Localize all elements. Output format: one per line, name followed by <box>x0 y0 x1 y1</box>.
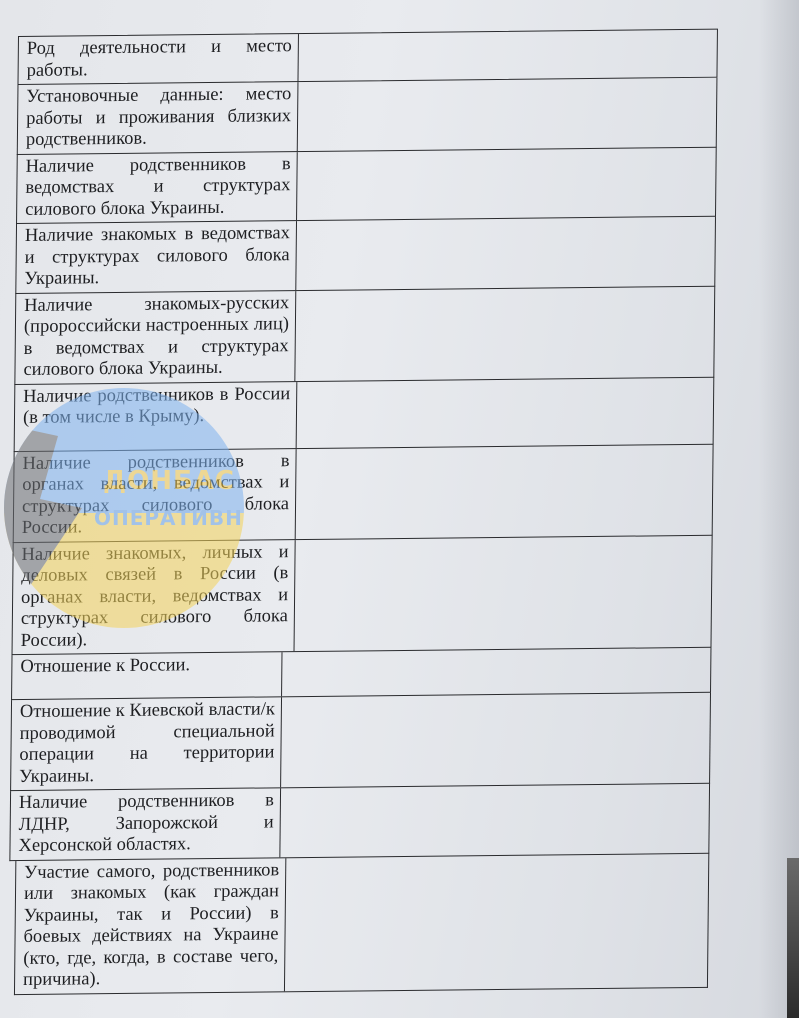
table-row: Наличие родственников в России (в том чи… <box>14 377 715 451</box>
row-label: Наличие родственников в ЛДНР, Запорожско… <box>10 788 281 859</box>
row-value-field[interactable] <box>280 784 709 857</box>
row-value-field[interactable] <box>298 78 717 151</box>
table-row: Отношение к Киевской власти/к проводимой… <box>10 693 711 791</box>
paper-edge <box>787 858 799 1018</box>
table-row: Наличие родственников в ведомствах и стр… <box>16 147 717 224</box>
row-value-field[interactable] <box>296 217 715 290</box>
table-row: Наличие знакомых, личных и деловых связе… <box>12 535 713 655</box>
row-label: Участие самого, родственников или знаком… <box>15 858 286 994</box>
row-value-field[interactable] <box>297 377 714 447</box>
row-value-field[interactable] <box>297 147 716 220</box>
table-row: Наличие знакомых-русских (пророссийски н… <box>14 286 715 384</box>
table-row: Отношение к России. <box>11 648 711 700</box>
row-value-field[interactable] <box>285 853 708 990</box>
row-label: Установочные данные: место работы и прож… <box>18 82 299 153</box>
row-value-field[interactable] <box>296 444 713 538</box>
row-label: Наличие знакомых в ведомствах и структур… <box>16 221 297 292</box>
row-label: Наличие родственников в органах власти, … <box>14 449 297 542</box>
row-value-field[interactable] <box>298 30 716 81</box>
table-row: Наличие родственников в органах власти, … <box>13 444 714 542</box>
row-value-field[interactable] <box>295 535 712 651</box>
row-value-field[interactable] <box>281 693 710 787</box>
table-row: Наличие родственников в ЛДНР, Запорожско… <box>9 784 710 861</box>
row-value-field[interactable] <box>295 286 714 380</box>
table-row: Установочные данные: место работы и прож… <box>17 78 718 155</box>
row-label: Наличие родственников в ведомствах и стр… <box>17 152 298 223</box>
row-label: Наличие знакомых-русских (пророссийски н… <box>15 291 296 384</box>
row-label: Наличие родственников в России (в том чи… <box>15 382 298 451</box>
table-row: Участие самого, родственников или знаком… <box>14 853 709 994</box>
table-row: Наличие знакомых в ведомствах и структур… <box>15 217 716 294</box>
row-label: Отношение к России. <box>12 652 282 699</box>
table-row: Род деятельности и место работы. <box>17 29 717 85</box>
questionnaire-table: Род деятельности и место работы. Установ… <box>8 29 718 995</box>
row-label: Род деятельности и место работы. <box>18 34 298 84</box>
row-label: Наличие знакомых, личных и деловых связе… <box>13 540 296 654</box>
row-value-field[interactable] <box>282 648 710 696</box>
row-label: Отношение к Киевской власти/к проводимой… <box>11 697 282 790</box>
